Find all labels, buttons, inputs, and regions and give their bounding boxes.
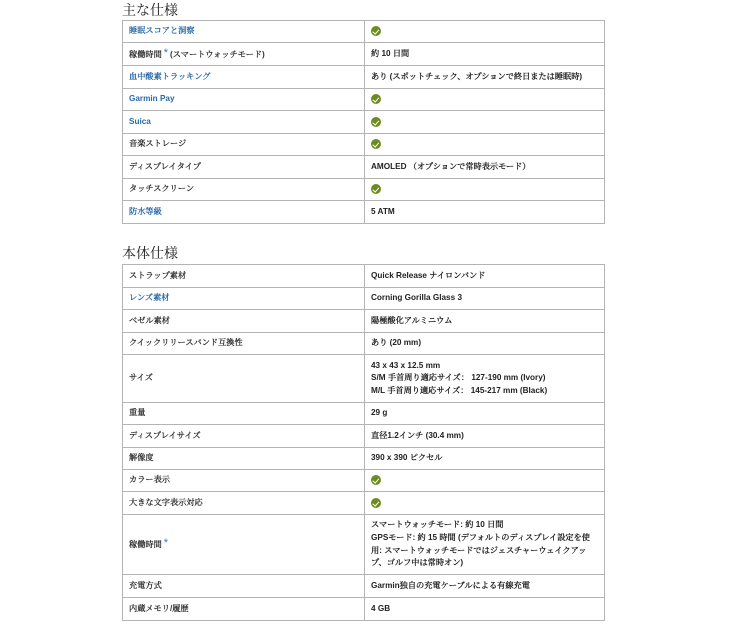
spec-label: 音楽ストレージ [123, 134, 365, 156]
section-title-main-specs: 主な仕様 [122, 0, 178, 20]
spec-value: スマートウォッチモード: 約 10 日間 GPSモード: 約 15 時間 (デフ… [365, 515, 605, 575]
spec-label: 解像度 [123, 448, 365, 470]
check-circle-icon [371, 498, 381, 508]
spec-label: サイズ [123, 355, 365, 403]
table-row: ベゼル素材 陽極酸化アルミニウム [123, 310, 605, 333]
table-row: ディスプレイサイズ 直径1.2インチ (30.4 mm) [123, 425, 605, 448]
check-circle-icon [371, 117, 381, 127]
spec-value [365, 21, 605, 43]
spec-value: Garmin独自の充電ケーブルによる有線充電 [365, 575, 605, 598]
spec-label: カラー表示 [123, 470, 365, 492]
spec-value: 約 10 日間 [365, 43, 605, 66]
check-circle-icon [371, 94, 381, 104]
table-row: 内蔵メモリ/履歴 4 GB [123, 598, 605, 621]
spec-value: Corning Gorilla Glass 3 [365, 288, 605, 310]
spec-label: ベゼル素材 [123, 310, 365, 333]
table-row: 大きな文字表示対応 [123, 492, 605, 515]
spec-label: 充電方式 [123, 575, 365, 598]
table-row: 防水等級 5 ATM [123, 201, 605, 224]
table-row: 血中酸素トラッキング あり (スポットチェック、オプションで終日または睡眠時) [123, 66, 605, 89]
spec-value: 43 x 43 x 12.5 mm S/M 手首周り適応サイズ： 127-190… [365, 355, 605, 403]
body-specs-table: ストラップ素材 Quick Release ナイロンバンド レンズ素材 Corn… [122, 264, 605, 621]
check-circle-icon [371, 475, 381, 485]
spec-value: 5 ATM [365, 201, 605, 224]
table-row: レンズ素材 Corning Gorilla Glass 3 [123, 288, 605, 310]
spec-label[interactable]: 血中酸素トラッキング [123, 66, 365, 89]
spec-value: 390 x 390 ピクセル [365, 448, 605, 470]
spec-value [365, 134, 605, 156]
table-row: 充電方式 Garmin独自の充電ケーブルによる有線充電 [123, 575, 605, 598]
spec-value [365, 111, 605, 134]
table-row: 睡眠スコアと洞察 [123, 21, 605, 43]
spec-label: ディスプレイサイズ [123, 425, 365, 448]
spec-label[interactable]: 睡眠スコアと洞察 [123, 21, 365, 43]
spec-label: 稼働時間* [123, 515, 365, 575]
spec-label: ディスプレイタイプ [123, 156, 365, 179]
spec-label[interactable]: Suica [123, 111, 365, 134]
spec-value: 4 GB [365, 598, 605, 621]
spec-label: クイックリリースバンド互換性 [123, 333, 365, 355]
spec-value: Quick Release ナイロンバンド [365, 265, 605, 288]
spec-label[interactable]: 防水等級 [123, 201, 365, 224]
spec-label: 重量 [123, 403, 365, 425]
spec-label: 稼働時間*(スマートウォッチモード) [123, 43, 365, 66]
table-row: カラー表示 [123, 470, 605, 492]
table-row: ストラップ素材 Quick Release ナイロンバンド [123, 265, 605, 288]
table-row: Garmin Pay [123, 89, 605, 111]
table-row: 重量 29 g [123, 403, 605, 425]
table-row: Suica [123, 111, 605, 134]
check-circle-icon [371, 139, 381, 149]
check-circle-icon [371, 26, 381, 36]
spec-value: あり (20 mm) [365, 333, 605, 355]
spec-value [365, 179, 605, 201]
table-row: 解像度 390 x 390 ピクセル [123, 448, 605, 470]
section-title-body-specs: 本体仕様 [122, 243, 178, 263]
spec-value: 29 g [365, 403, 605, 425]
asterisk-icon[interactable]: * [164, 47, 168, 59]
spec-label: 内蔵メモリ/履歴 [123, 598, 365, 621]
spec-value [365, 470, 605, 492]
spec-value: AMOLED （オプションで常時表示モード） [365, 156, 605, 179]
table-row: 音楽ストレージ [123, 134, 605, 156]
table-row: クイックリリースバンド互換性 あり (20 mm) [123, 333, 605, 355]
spec-value [365, 89, 605, 111]
spec-label: ストラップ素材 [123, 265, 365, 288]
spec-value [365, 492, 605, 515]
table-row: 稼働時間* スマートウォッチモード: 約 10 日間 GPSモード: 約 15 … [123, 515, 605, 575]
asterisk-icon[interactable]: * [164, 537, 168, 549]
spec-label: 大きな文字表示対応 [123, 492, 365, 515]
table-row: ディスプレイタイプ AMOLED （オプションで常時表示モード） [123, 156, 605, 179]
table-row: サイズ 43 x 43 x 12.5 mm S/M 手首周り適応サイズ： 127… [123, 355, 605, 403]
spec-value: 直径1.2インチ (30.4 mm) [365, 425, 605, 448]
table-row: 稼働時間*(スマートウォッチモード) 約 10 日間 [123, 43, 605, 66]
spec-label[interactable]: レンズ素材 [123, 288, 365, 310]
check-circle-icon [371, 184, 381, 194]
main-specs-table: 睡眠スコアと洞察 稼働時間*(スマートウォッチモード) 約 10 日間 血中酸素… [122, 20, 605, 224]
spec-value: 陽極酸化アルミニウム [365, 310, 605, 333]
spec-label[interactable]: Garmin Pay [123, 89, 365, 111]
spec-value: あり (スポットチェック、オプションで終日または睡眠時) [365, 66, 605, 89]
table-row: タッチスクリーン [123, 179, 605, 201]
spec-label: タッチスクリーン [123, 179, 365, 201]
